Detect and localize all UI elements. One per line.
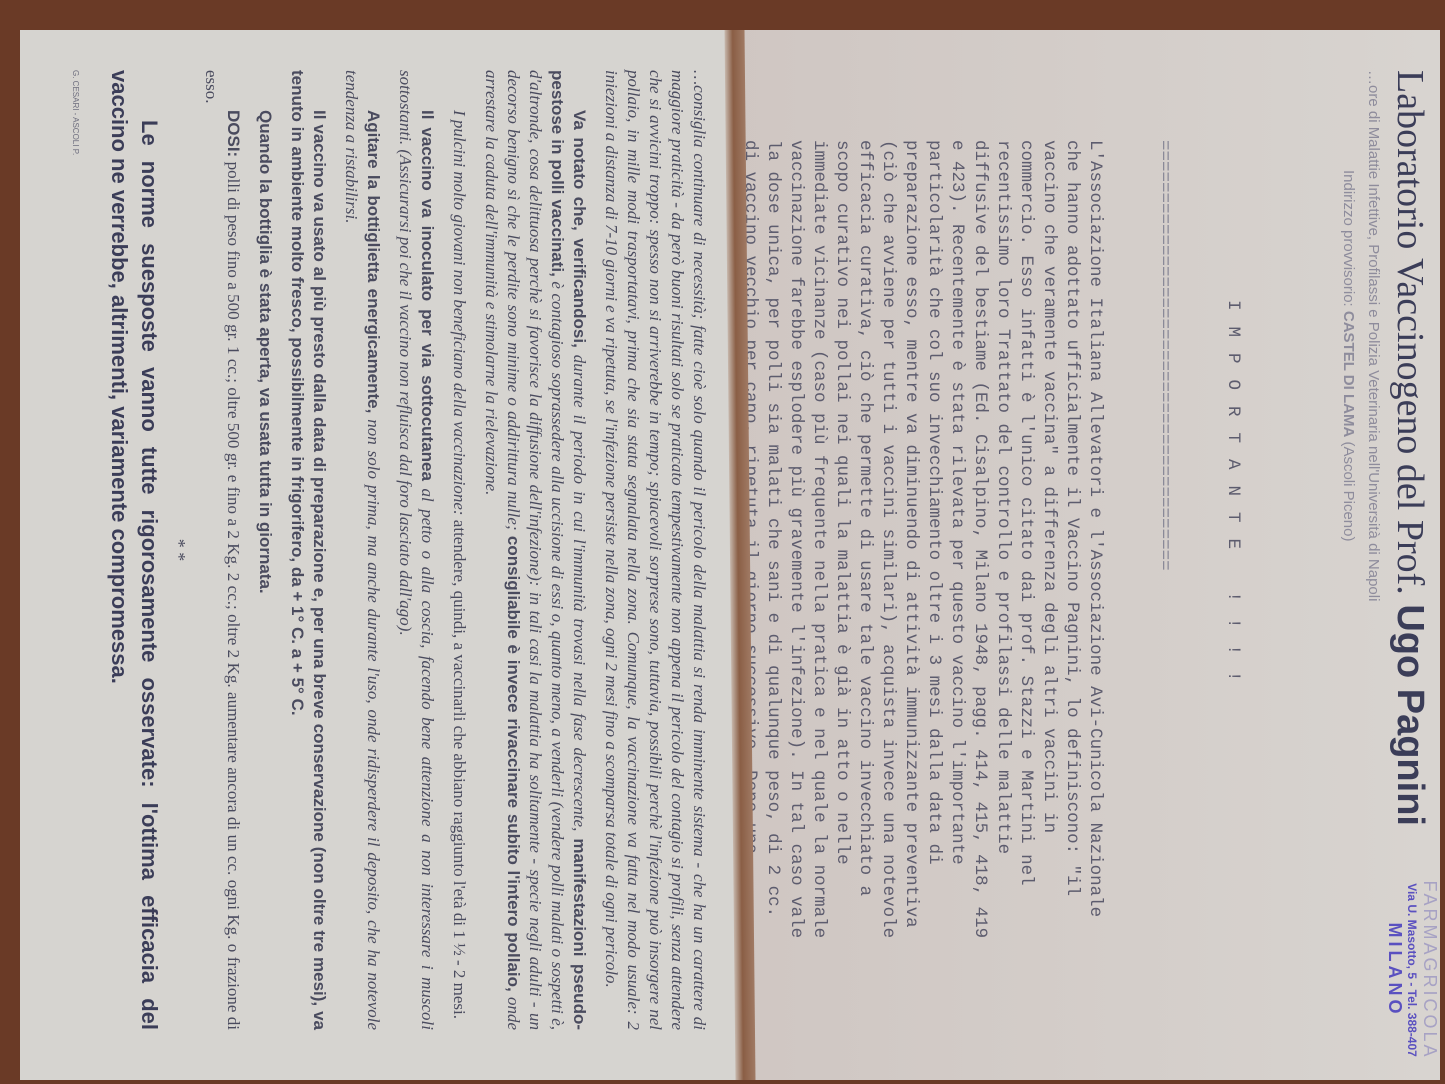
instruction-paragraph: …consiglia continuare di necessità; fatt… bbox=[600, 70, 710, 1030]
instruction-paragraph: Va notato che, verificandosi, durante il… bbox=[480, 70, 590, 1030]
notice-heading: IMPORTANTE !!!! bbox=[1221, 140, 1244, 940]
address-label: Indirizzo provvisorio: bbox=[1340, 170, 1357, 307]
doses-text: polli di peso fino a 500 gr. 1 cc.; oltr… bbox=[202, 70, 243, 1030]
stamp-city: MILANO bbox=[1384, 870, 1405, 1070]
doses-paragraph: DOSI: polli di peso fino a 500 gr. 1 cc.… bbox=[200, 70, 244, 1030]
instruction-paragraph: Quando la bottiglia è stata aperta, va u… bbox=[254, 70, 276, 1030]
instruction-paragraph: Agitare la bottiglietta energicamente, n… bbox=[340, 70, 384, 1030]
title-name: Ugo Pagnini bbox=[1389, 604, 1431, 826]
text-bold: Agitare la bottiglietta energicamente, bbox=[364, 110, 383, 413]
separator: ========================================… bbox=[1152, 140, 1175, 940]
stamp-address: Via U. Masotto, 5 - Tel. 388-407 bbox=[1405, 870, 1419, 1070]
printed-instructions: …consiglia continuare di necessità; fatt… bbox=[104, 70, 710, 1030]
address-region: (Ascoli Piceno) bbox=[1340, 441, 1357, 541]
text-bold: Va notato che, verificandosi, bbox=[570, 110, 589, 348]
text-bold: Il vaccino va inoculato per via sottocut… bbox=[418, 110, 437, 481]
text-bold: consigliabile è invece rivaccinare subit… bbox=[504, 536, 523, 992]
stamp-name: FARMAGRICOLA bbox=[1419, 870, 1440, 1070]
letterhead-section: Laboratorio Vaccinogeno del Prof. Ugo Pa… bbox=[720, 30, 1440, 1080]
instructions-section: …consiglia continuare di necessità; fatt… bbox=[20, 30, 740, 1080]
document-sheet: Laboratorio Vaccinogeno del Prof. Ugo Pa… bbox=[20, 30, 1440, 1080]
printer-credit: G. CESARI - ASCOLI P. bbox=[71, 70, 80, 155]
title-prefix: Laboratorio Vaccinogeno del Prof. bbox=[1389, 70, 1431, 595]
instruction-paragraph: Il vaccino va inoculato per via sottocut… bbox=[394, 70, 438, 1030]
address-place: CASTEL DI LAMA bbox=[1340, 311, 1357, 437]
instruction-paragraph: I pulcini molto giovani non beneficiano … bbox=[448, 70, 470, 1030]
closing-statement: Le norme suesposte vanno tutte rigorosam… bbox=[104, 70, 164, 1030]
address: Indirizzo provvisorio: CASTEL DI LAMA (A… bbox=[1340, 70, 1357, 1050]
instruction-paragraph: Il vaccino va usato al più presto dalla … bbox=[286, 70, 330, 1030]
subtitle: …ore di Malattie Infettive, Profilassi e… bbox=[1365, 70, 1382, 1050]
distributor-stamp: FARMAGRICOLA Via U. Masotto, 5 - Tel. 38… bbox=[1384, 870, 1440, 1070]
doses-label: DOSI: bbox=[224, 110, 243, 157]
text-italic: durante il periodo in cui l'immunità tro… bbox=[570, 355, 589, 832]
separator-stars: * * bbox=[168, 70, 190, 1030]
text: attendere, quindi, a vaccinarli che abbi… bbox=[450, 520, 469, 1019]
text-italic: I pulcini molto giovani non beneficiano … bbox=[450, 110, 469, 516]
